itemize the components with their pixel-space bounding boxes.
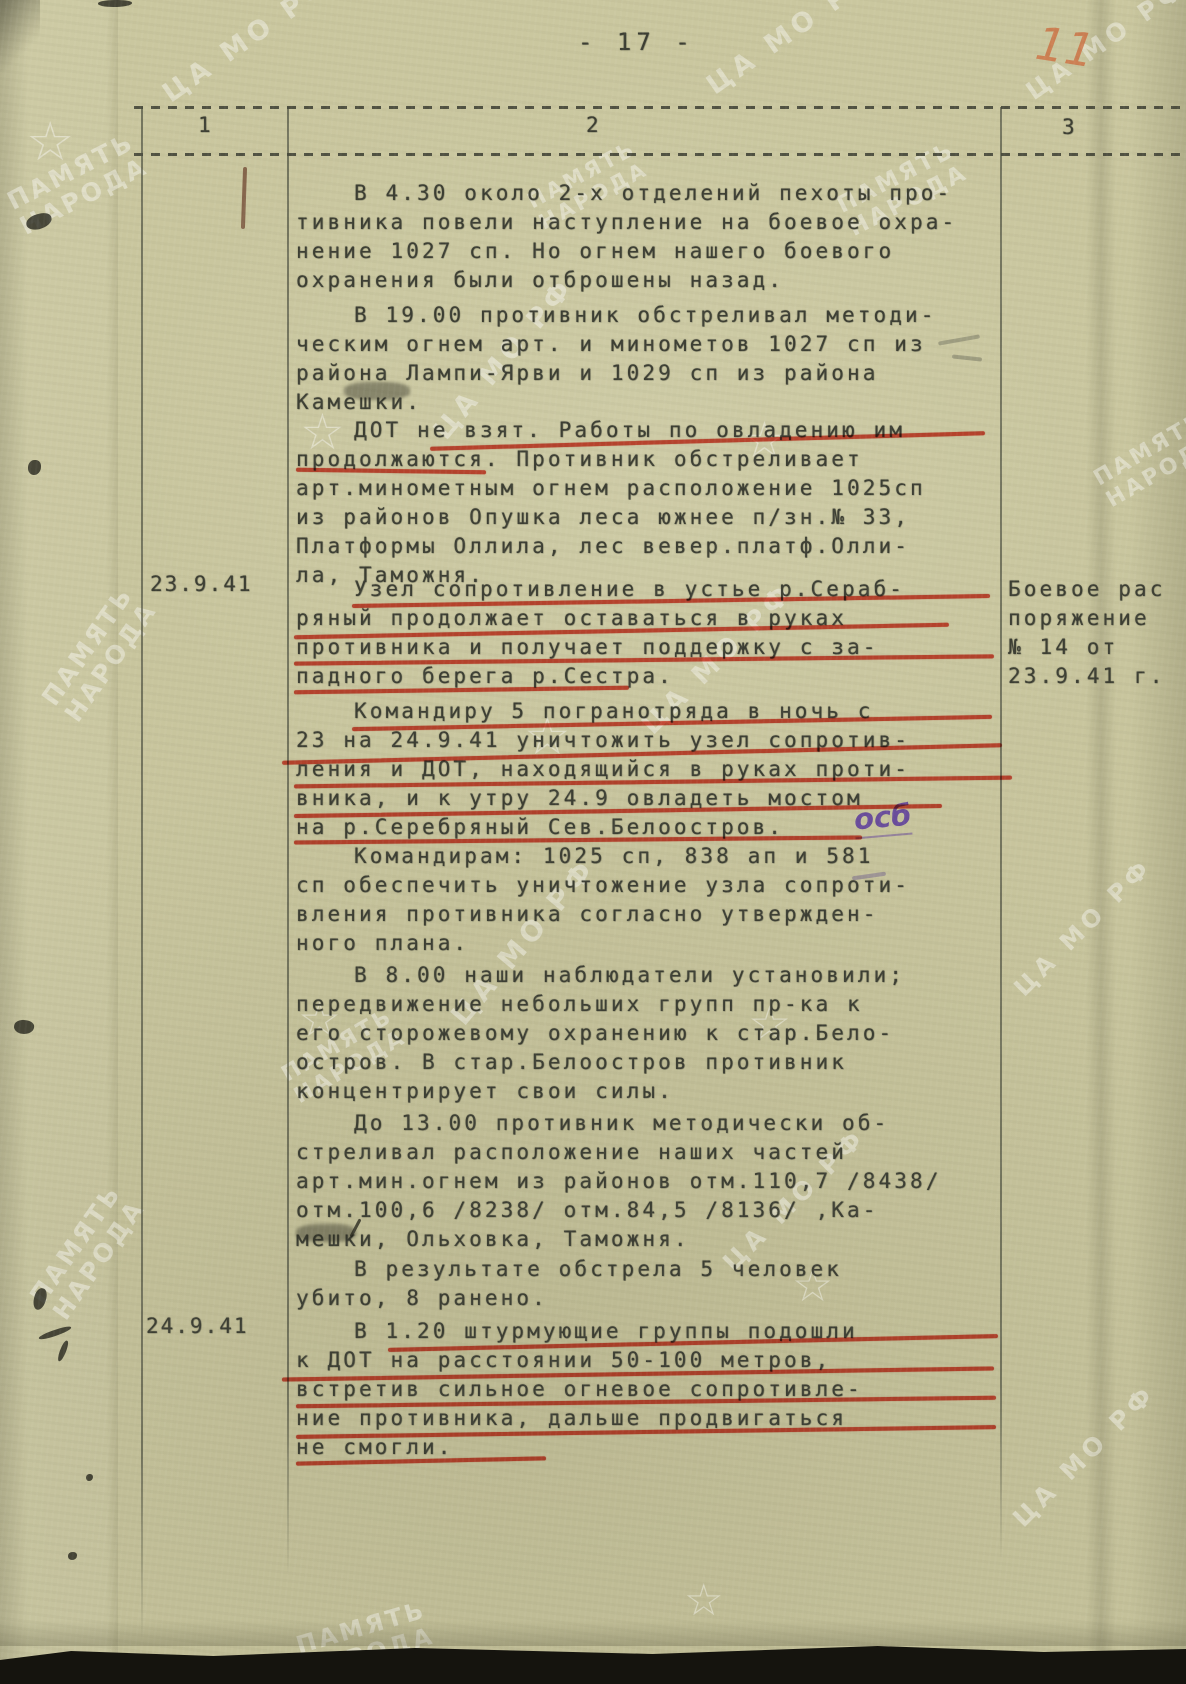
paper-bottom-shade: [0, 1620, 1186, 1646]
typewritten-line: ческим огнем арт. и минометов 1027 сп из: [296, 330, 1001, 359]
paragraph: В 4.30 около 2-х отделений пехоты про-ти…: [296, 179, 1001, 295]
typewritten-line: убито, 8 ранено.: [296, 1284, 1001, 1313]
typewritten-line: № 14 от: [1008, 633, 1186, 662]
typewritten-line: нение 1027 сп. Но огнем нашего боевого: [296, 237, 1001, 266]
handwritten-sheet-number: 11: [1032, 16, 1098, 78]
typewritten-line: Командирам: 1025 сп, 838 ап и 581: [296, 842, 1001, 871]
column-header-2: 2: [586, 113, 601, 137]
typewritten-line: арт.мин.огнем из районов отм.110,7 /8438…: [296, 1167, 1001, 1196]
edge-mark: [98, 0, 132, 7]
typewritten-line: Боевое рас: [1008, 575, 1186, 604]
typewritten-line: тивника повели наступление на боевое охр…: [296, 208, 1001, 237]
typewritten-line: 23 на 24.9.41 уничтожить узел сопротив-: [296, 726, 1001, 755]
typewritten-line: его сторожевому охранению к стар.Бело-: [296, 1019, 1001, 1048]
column-header-3: 3: [1062, 115, 1077, 139]
date-entry: 23.9.41: [150, 572, 253, 596]
paragraph: В 19.00 противник обстреливал методи-чес…: [296, 301, 1001, 417]
side-note: Боевое распоряжение№ 14 от23.9.41 г.: [1008, 575, 1186, 691]
scan-bottom-edge: [0, 1640, 1186, 1684]
typewritten-line: передвижение небольших групп пр-ка к: [296, 990, 1001, 1019]
table-divider-1: [287, 107, 289, 1577]
archive-watermark: ЦА МО РФ: [702, 0, 884, 101]
table-header-dashed-line: [134, 153, 1186, 156]
page-number: - 17 -: [578, 28, 695, 56]
paragraph: Командирам: 1025 сп, 838 ап и 581сп обес…: [296, 842, 1001, 958]
typewritten-line: вления противника согласно утвержден-: [296, 900, 1001, 929]
ink-overwrite-mark: [344, 382, 410, 400]
paragraph: В результате обстрела 5 человекубито, 8 …: [296, 1255, 1001, 1313]
paragraph: До 13.00 противник методически об-стрели…: [296, 1109, 1001, 1254]
paper-crease: [1086, 0, 1116, 1684]
typewritten-line: В 4.30 около 2-х отделений пехоты про-: [296, 179, 1001, 208]
table-top-dashed-line: [134, 106, 1186, 109]
typewritten-line: охранения были отброшены назад.: [296, 266, 1001, 295]
typewritten-line: В 19.00 противник обстреливал методи-: [296, 301, 1001, 330]
typewritten-line: стреливал расположение наших частей: [296, 1138, 1001, 1167]
typewritten-line: До 13.00 противник методически об-: [296, 1109, 1001, 1138]
star-watermark-icon: ☆: [684, 1576, 726, 1625]
archive-watermark: ЦА МО РФ: [1008, 1379, 1162, 1533]
ink-stroke-mark: [241, 167, 247, 229]
typewritten-line: арт.минометным огнем расположение 1025сп: [296, 474, 1001, 503]
table-left-border: [141, 107, 143, 1642]
typewritten-line: падного берега р.Сестра.: [296, 662, 1001, 691]
typewritten-line: поряжение: [1008, 604, 1186, 633]
archive-watermark: ЦА МО РФ: [1009, 853, 1158, 1002]
column-header-1: 1: [198, 113, 213, 137]
ink-overwrite-mark: [296, 1224, 356, 1242]
paragraph: В 8.00 наши наблюдатели установили;перед…: [296, 961, 1001, 1106]
typewritten-line: из районов Опушка леса южнее п/зн.№ 33,: [296, 503, 1001, 532]
archive-watermark: ЦА МО РФ: [158, 0, 340, 109]
typewritten-line: концентрирует свои силы.: [296, 1077, 1001, 1106]
typewritten-line: сп обеспечить уничтожение узла сопроти-: [296, 871, 1001, 900]
typewritten-line: В результате обстрела 5 человек: [296, 1255, 1001, 1284]
typewritten-line: отм.100,6 /8238/ отм.84,5 /8136/ ,Ка-: [296, 1196, 1001, 1225]
paper-corner: [0, 0, 40, 100]
typewritten-line: мешки, Ольховка, Таможня.: [296, 1225, 1001, 1254]
typewritten-line: ного плана.: [296, 929, 1001, 958]
date-entry: 24.9.41: [146, 1314, 249, 1338]
typewritten-line: остров. В стар.Белоостров противник: [296, 1048, 1001, 1077]
typewritten-line: 23.9.41 г.: [1008, 662, 1186, 691]
typewritten-line: Платформы Оллила, лес вевер.платф.Олли-: [296, 532, 1001, 561]
typewritten-line: В 8.00 наши наблюдатели установили;: [296, 961, 1001, 990]
paper-left-edge: [0, 0, 118, 1684]
scanned-document-page: ☆ПАМЯТЬ НАРОДАЦА МО РФЦА МО РФЦА МО РФПА…: [0, 0, 1186, 1684]
